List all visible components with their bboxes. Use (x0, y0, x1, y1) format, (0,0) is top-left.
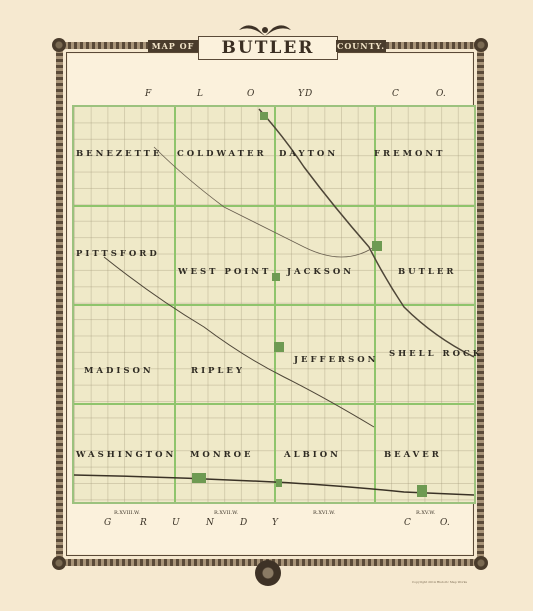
south-letter: D (240, 518, 247, 528)
township-washington: WASHINGTON (76, 450, 176, 460)
township-jefferson: JEFFERSON (294, 355, 378, 365)
copyright: Copyright 2014 Historic Map Works (412, 580, 467, 584)
town-marker (274, 342, 284, 352)
corner-rosette-icon (52, 556, 66, 570)
north-letter: O (247, 89, 254, 99)
border-right (477, 42, 484, 566)
township-beaver: BEAVER (384, 450, 442, 460)
town-marker (192, 473, 206, 483)
south-letter: Y (272, 518, 278, 528)
north-letter: O. (436, 89, 446, 99)
north-letter: D (305, 89, 312, 99)
township-pittsford: PITTSFORD (76, 249, 160, 259)
township-fremont: FREMONT (374, 149, 446, 159)
south-letter: G (104, 518, 111, 528)
town-marker (417, 485, 427, 497)
town-marker (272, 273, 280, 281)
title-plaque-right: COUNTY. (336, 40, 386, 52)
range-label: R.XVII.W. (214, 510, 238, 516)
border-left (56, 42, 63, 566)
town-marker (372, 241, 382, 251)
corner-rosette-icon (474, 556, 488, 570)
township-benezette: BENEZETTE (76, 149, 162, 159)
township-shell-rock: SHELL ROCK (389, 349, 483, 359)
town-marker (276, 479, 282, 487)
south-letter: U (172, 518, 180, 528)
township-albion: ALBION (284, 450, 341, 460)
township-west-point: WEST POINT (178, 267, 271, 277)
south-letter: C (404, 518, 411, 528)
south-letter: R (140, 518, 147, 528)
corner-rosette-icon (52, 38, 66, 52)
map-title: BUTLER (198, 36, 338, 60)
north-letter: F (145, 89, 151, 99)
township-jackson: JACKSON (287, 267, 354, 277)
rivers-railroads (74, 107, 474, 502)
township-coldwater: COLDWATER (177, 149, 267, 159)
township-dayton: DAYTON (279, 149, 338, 159)
township-monroe: MONROE (190, 450, 254, 460)
township-madison: MADISON (84, 366, 154, 376)
range-label: R.XVIII.W. (114, 510, 140, 516)
range-label: R.XVI.W. (313, 510, 335, 516)
north-letter: Y (298, 89, 304, 99)
township-butler: BUTLER (398, 267, 456, 277)
seal-icon (255, 560, 281, 586)
north-letter: L (197, 89, 203, 99)
corner-rosette-icon (474, 38, 488, 52)
township-ripley: RIPLEY (191, 366, 245, 376)
north-letter: C (392, 89, 399, 99)
title-plaque-left: MAP OF (148, 40, 198, 52)
range-label: R.XV.W. (416, 510, 435, 516)
county-map: BENEZETTE COLDWATER DAYTON FREMONT PITTS… (72, 105, 476, 504)
south-letter: O. (440, 518, 450, 528)
south-letter: N (206, 518, 214, 528)
town-marker (260, 112, 268, 120)
